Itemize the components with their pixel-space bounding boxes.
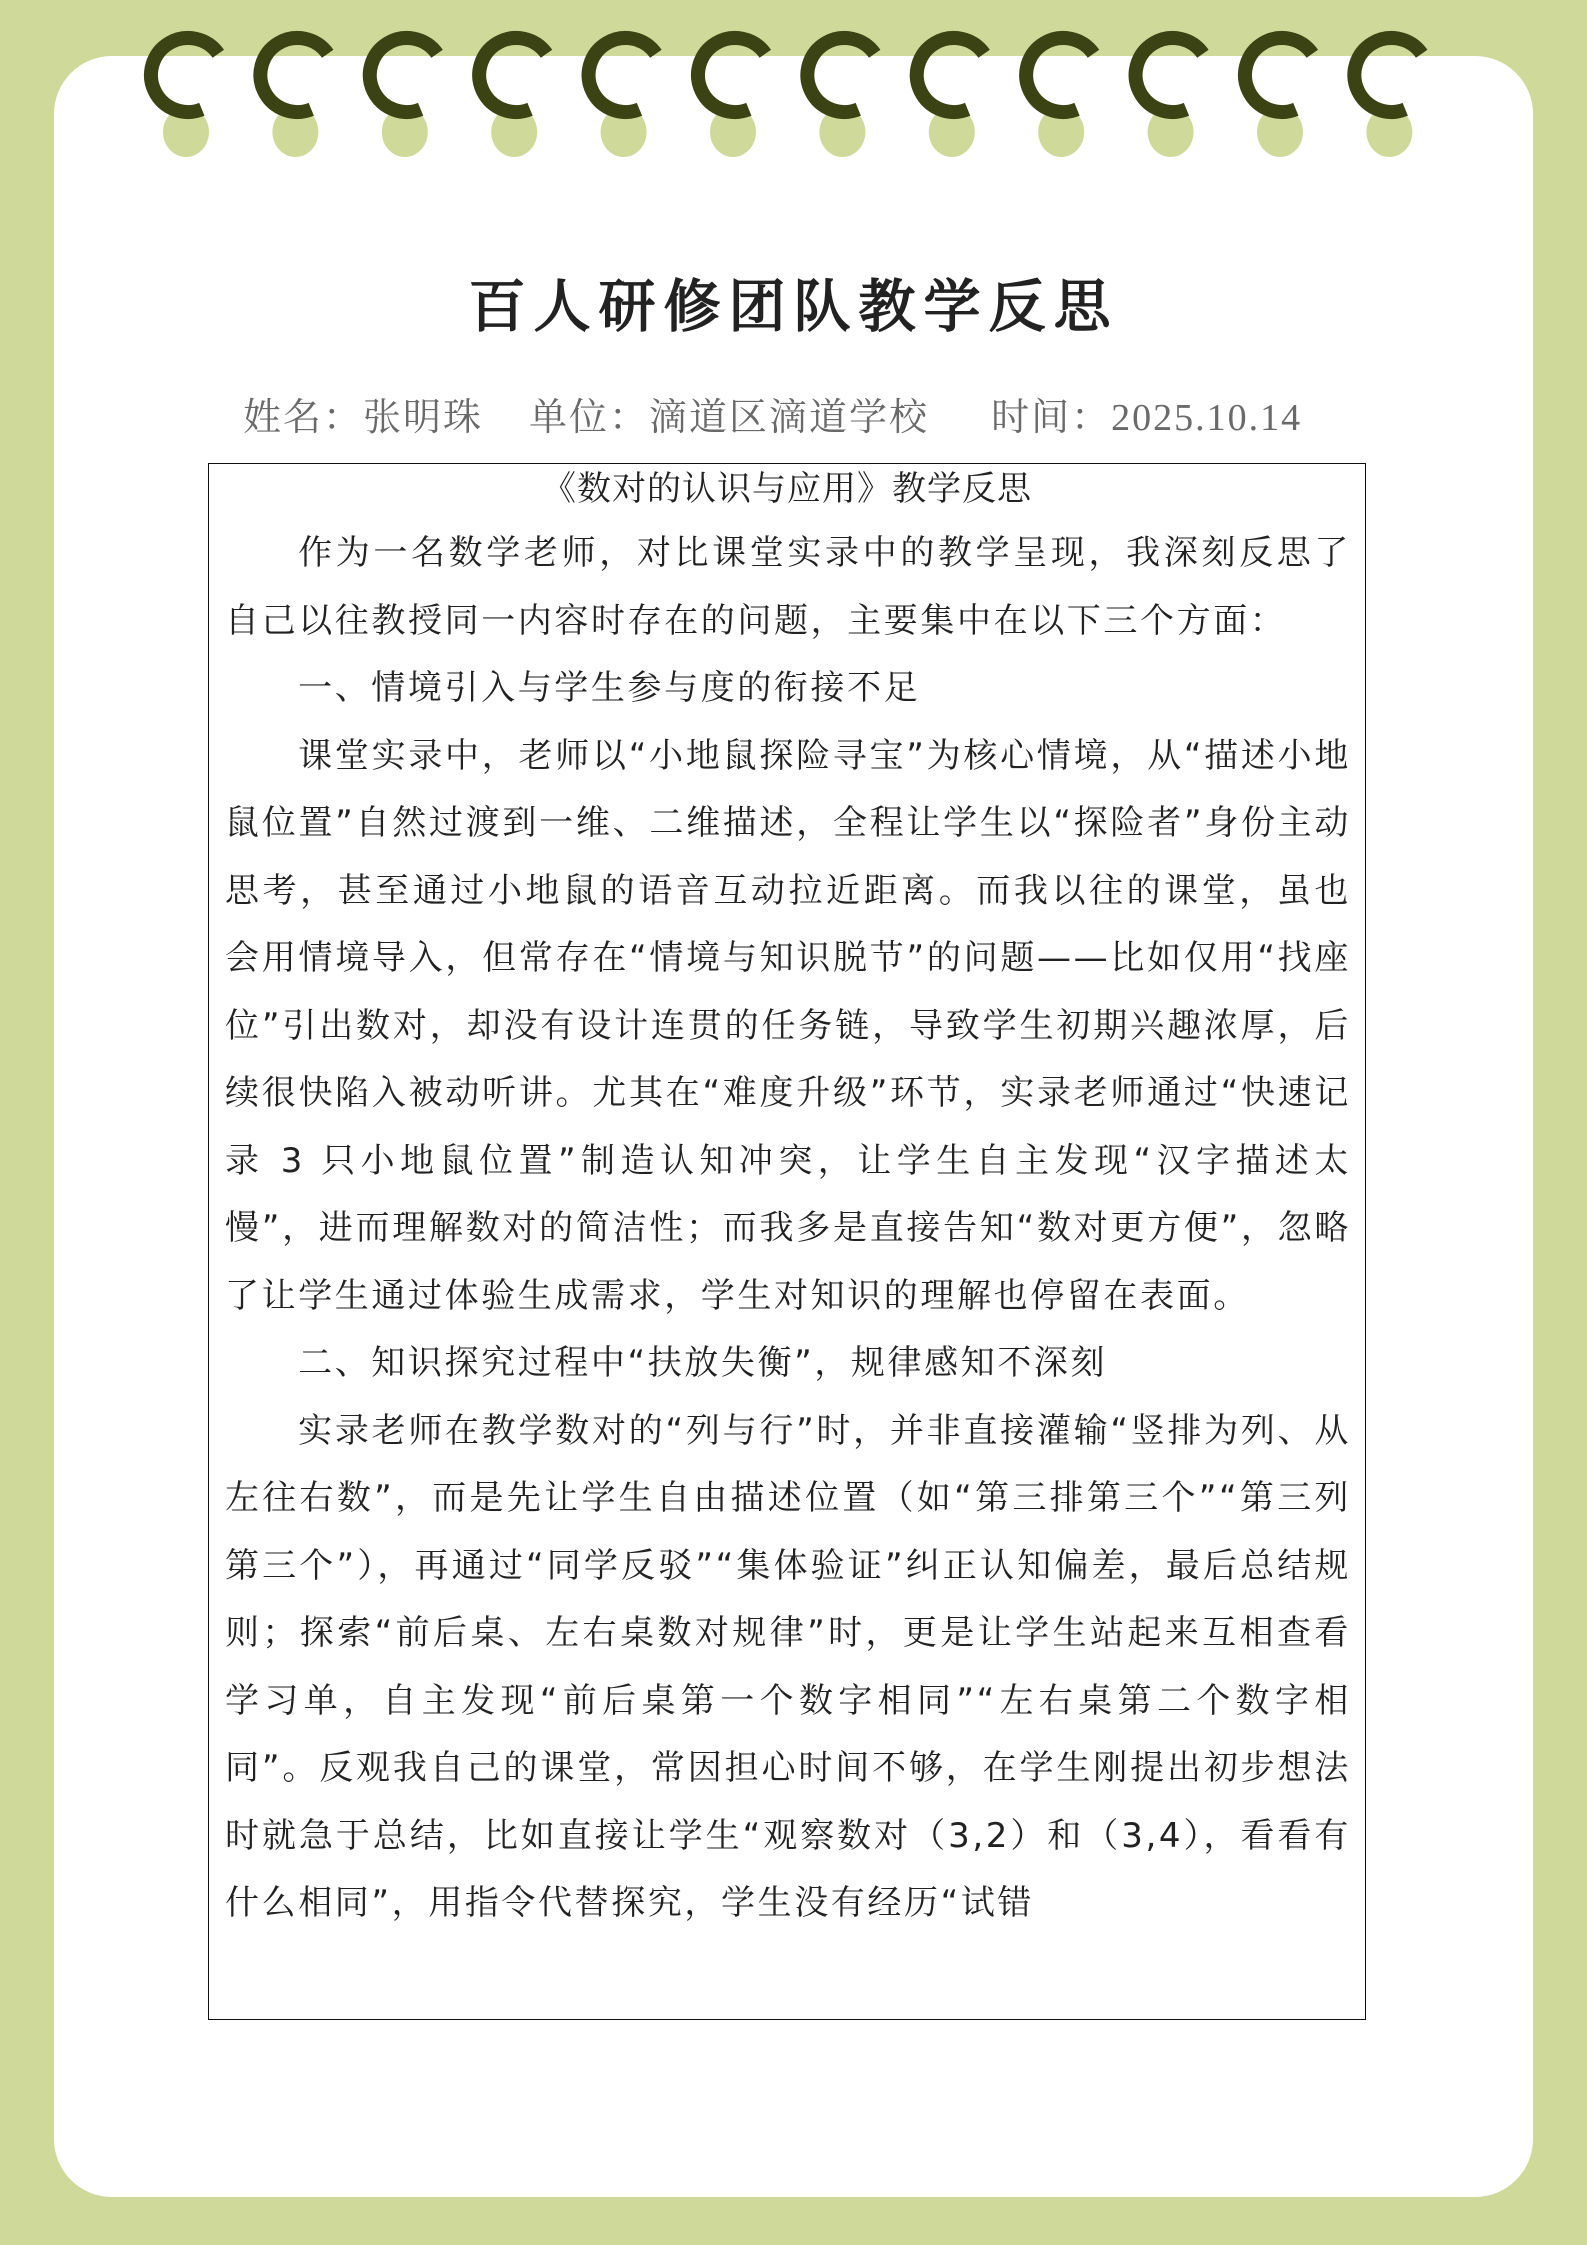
author-name: 张明珠	[363, 393, 483, 443]
intro-paragraph: 作为一名数学老师，对比课堂实录中的教学呈现，我深刻反思了自己以往教授同一内容时存…	[225, 520, 1351, 655]
reflection-box: 《数对的认识与应用》教学反思 作为一名数学老师，对比课堂实录中的教学呈现，我深刻…	[208, 463, 1366, 2020]
author-info-line: 姓名：张明珠单位：滴道区滴道学校时间：2025.10.14	[243, 393, 1302, 443]
section-paragraph-2: 实录老师在教学数对的“列与行”时，并非直接灌输“竖排为列、从左往右数”，而是先让…	[225, 1398, 1351, 1938]
section-heading-1: 一、情境引入与学生参与度的衔接不足	[225, 655, 1351, 723]
reflection-body: 作为一名数学老师，对比课堂实录中的教学呈现，我深刻反思了自己以往教授同一内容时存…	[209, 514, 1365, 1938]
date-value: 2025.10.14	[1111, 393, 1302, 443]
unit-name: 滴道区滴道学校	[649, 393, 929, 443]
name-label: 姓名：	[243, 393, 363, 443]
time-label: 时间：	[991, 393, 1111, 443]
page-title: 百人研修团队教学反思	[0, 272, 1587, 342]
section-heading-2: 二、知识探究过程中“扶放失衡”，规律感知不深刻	[225, 1330, 1351, 1398]
section-paragraph-1: 课堂实录中，老师以“小地鼠探险寻宝”为核心情境，从“描述小地鼠位置”自然过渡到一…	[225, 723, 1351, 1331]
reflection-heading: 《数对的认识与应用》教学反思	[209, 464, 1365, 514]
unit-label: 单位：	[529, 393, 649, 443]
